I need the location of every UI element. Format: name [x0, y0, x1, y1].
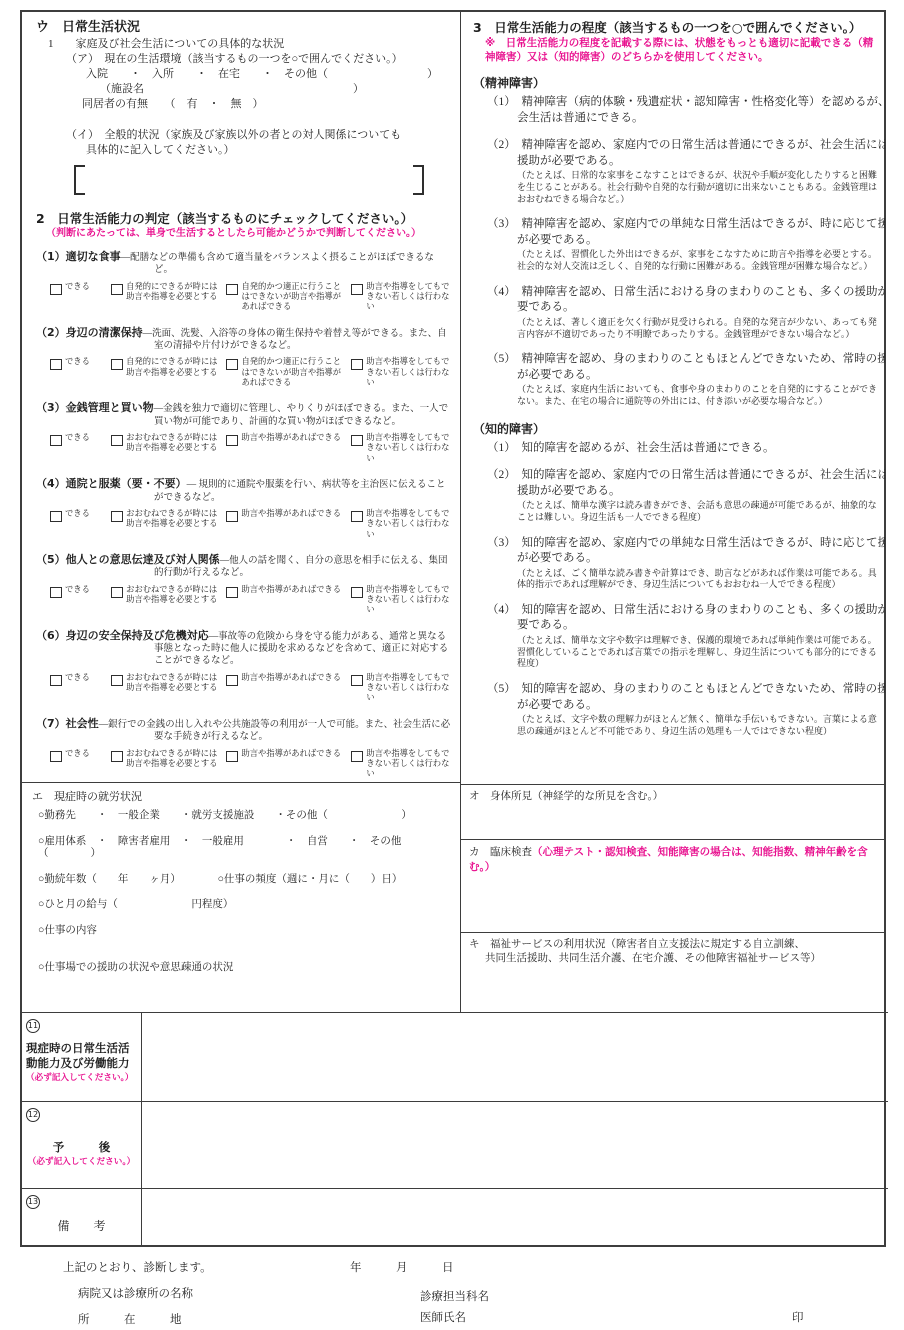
checkbox[interactable] [351, 587, 363, 598]
judgment-options-row: できるおおむねできるが時には助言や指導を必要とする助言や指導があればできる助言や… [36, 749, 452, 780]
checkbox[interactable] [351, 511, 363, 522]
judgment-option-label: おおむねできるが時には助言や指導を必要とする [126, 673, 219, 694]
judgment-item: （2）身辺の清潔保持―洗面、洗髪、入浴等の身体の衛生保持や着替え等ができる。また… [36, 326, 452, 389]
employment-field-line[interactable]: ○勤続年数（ 年 ヶ月） ○仕事の頻度（週に・月に（ ）日） [38, 874, 452, 887]
employment-field-line[interactable]: ○ひと月の給与（ 円程度） [38, 899, 452, 912]
checkbox[interactable] [111, 587, 123, 598]
employment-section: エ 現症時の就労状況 ○勤務先 ・ 一般企業 ・就労支援施設 ・その他（ ）○雇… [22, 782, 460, 1012]
judgment-option[interactable]: おおむねできるが時には助言や指導を必要とする [111, 585, 219, 606]
degree-option-text: （5） 精神障害を認め、身のまわりのこともほとんどできないため、常時の援助が必要… [487, 352, 885, 383]
judgment-option-label: できる [65, 585, 90, 595]
form-border: ウ 日常生活状況 1 家庭及び社会生活についての具体的な状況 （ア） 現在の生活… [20, 10, 886, 1247]
clinical-tests-title: カ 臨床検査 [469, 847, 532, 858]
judgment-item: （1）適切な食事―配膳などの準備も含めて適当量をバランスよく摂ることがほぼできる… [36, 250, 452, 313]
judgment-option[interactable]: できる [50, 749, 104, 762]
degree-option-example-note: （たとえば、家庭内生活においても、食事や身のまわりのことを自発的にすることができ… [517, 384, 877, 407]
judgment-option-label: 助言や指導があればできる [241, 673, 341, 683]
degree-option-example-note: （たとえば、ごく簡単な読み書きや計算はでき、助言などがあれば作業は可能である。具… [517, 568, 877, 591]
date-line[interactable]: 年 月 日 [350, 1259, 454, 1275]
judgment-option[interactable]: 自発的にできるが時には助言や指導を必要とする [111, 282, 219, 303]
degree-option-text: （4） 知的障害を認め、日常生活における身のまわりのことも、多くの援助が必要であ… [487, 603, 885, 634]
left-column: ウ 日常生活状況 1 家庭及び社会生活についての具体的な状況 （ア） 現在の生活… [22, 12, 460, 1012]
employment-heading: エ 現症時の就労状況 [32, 788, 452, 804]
judgment-item-description: （7）社会性―銀行での金銭の出し入れや公共施設等の利用が一人で可能。また、社会生… [36, 717, 452, 744]
degree-option[interactable]: （2） 精神障害を認め、家庭内での日常生活は普通にできるが、社会生活には、援助が… [487, 138, 877, 205]
judgment-option-label: 助言や指導をしてもできない若しくは行わない [366, 585, 452, 616]
physical-findings-label: オ 身体所見（神経学的な所見を含む。） [469, 790, 877, 804]
degree-option-text: （1） 精神障害（病的体験・残遺症状・認知障害・性格変化等）を認めるが、社会生活… [487, 95, 885, 126]
judgment-item-title: （1）適切な食事 [36, 250, 121, 263]
degree-option[interactable]: （2） 知的障害を認め、家庭内での日常生活は普通にできるが、社会生活には、援助が… [487, 468, 877, 523]
employment-lines: ○勤務先 ・ 一般企業 ・就労支援施設 ・その他（ ）○雇用体系 ・ 障害者雇用… [32, 810, 452, 974]
judgment-option[interactable]: 助言や指導をしてもできない若しくは行わない [351, 509, 452, 540]
degree-option[interactable]: （4） 精神障害を認め、日常生活における身のまわりのことも、多くの援助が必要であ… [487, 285, 877, 340]
checkbox[interactable] [111, 675, 123, 686]
welfare-services-label: キ 福祉サービスの利用状況（障害者自立支援法に規定する自立訓練、 共同生活援助、… [469, 938, 877, 966]
judgment-option-label: できる [65, 357, 90, 367]
degree-option-text: （3） 知的障害を認め、家庭内での単純な日常生活はできるが、時に応じて援助が必要… [487, 536, 885, 567]
checkbox[interactable] [111, 284, 123, 295]
judgment-option-label: 自発的かつ適正に行うことはできないが助言や指導があればできる [241, 282, 344, 313]
degree-option[interactable]: （3） 知的障害を認め、家庭内での単純な日常生活はできるが、時に応じて援助が必要… [487, 536, 877, 591]
judgment-option[interactable]: 助言や指導をしてもできない若しくは行わない [351, 433, 452, 464]
adl-work-capacity-pink-note: （必ず記入してください。） [26, 1073, 137, 1083]
right-bracket [413, 165, 424, 195]
judgment-option[interactable]: 助言や指導をしてもできない若しくは行わない [351, 673, 452, 704]
degree-option-text: （4） 精神障害を認め、日常生活における身のまわりのことも、多くの援助が必要であ… [487, 285, 885, 316]
judgment-option-label: できる [65, 433, 90, 443]
degree-option[interactable]: （5） 知的障害を認め、身のまわりのこともほとんどできないため、常時の援助が必要… [487, 682, 877, 737]
degree-section: 3 日常生活能力の程度（該当するもの一つを○で囲んでください。） ※ 日常生活能… [461, 12, 885, 737]
judgment-item: （3）金銭管理と買い物―金銭を独力で適切に管理し、やりくりがほぼできる。また、一… [36, 401, 452, 464]
degree-option-example-note: （たとえば、簡単な漢字は読み書きができ、会話も意思の疎通が可能であるが、抽象的な… [517, 500, 877, 523]
judgment-option[interactable]: 自発的かつ適正に行うことはできないが助言や指導があればできる [226, 282, 344, 313]
judgment-option[interactable]: 助言や指導をしてもできない若しくは行わない [351, 585, 452, 616]
degree-option-text: （3） 精神障害を認め、家庭内での単純な日常生活はできるが、時に応じて援助が必要… [487, 217, 885, 248]
judgment-item: （6）身辺の安全保持及び危機対応―事故等の危険から身を守る能力がある、通常と異な… [36, 629, 452, 704]
employment-field-line[interactable]: ○勤務先 ・ 一般企業 ・就労支援施設 ・その他（ ） [38, 810, 452, 823]
judgment-item-description: （2）身辺の清潔保持―洗面、洗髪、入浴等の身体の衛生保持や着替え等ができる。また… [36, 326, 452, 353]
judgment-option-label: できる [65, 749, 90, 759]
judgment-item-title: （7）社会性 [36, 717, 99, 730]
address-label[interactable]: 所 在 地 [78, 1311, 182, 1327]
judgment-option[interactable]: できる [50, 433, 104, 446]
judgment-item: （5）他人との意思伝達及び対人関係―他人の話を聞く、自分の意思を相手に伝える、集… [36, 553, 452, 616]
footer-signature-area: 上記のとおり、診断します。 年 月 日 病院又は診療所の名称 診療担当科名 所 … [0, 1247, 904, 1330]
judgment-option[interactable]: 助言や指導があればできる [226, 585, 344, 598]
judgment-options-row: できるおおむねできるが時には助言や指導を必要とする助言や指導があればできる助言や… [36, 585, 452, 616]
prognosis-row: 12 予 後 （必ず記入してください。） [22, 1101, 888, 1188]
judgment-option[interactable]: おおむねできるが時には助言や指導を必要とする [111, 673, 219, 694]
doctor-name-label[interactable]: 医師氏名 [420, 1309, 466, 1325]
welfare-services-line2: 共同生活援助、共同生活介護、在宅介護、その他障害福祉サービス等） [469, 953, 821, 964]
judgment-option-label: 助言や指導をしてもできない若しくは行わない [366, 749, 452, 780]
degree-option-text: （1） 知的障害を認めるが、社会生活は普通にできる。 [487, 441, 885, 457]
judgment-option-label: 助言や指導があればできる [241, 749, 341, 759]
judgment-option[interactable]: できる [50, 282, 104, 295]
judgment-option[interactable]: 助言や指導をしてもできない若しくは行わない [351, 357, 452, 388]
employment-field-line[interactable]: ○仕事場での援助の状況や意思疎通の状況 [38, 962, 452, 975]
judgment-option[interactable]: 助言や指導があればできる [226, 749, 344, 762]
judgment-option[interactable]: おおむねできるが時には助言や指導を必要とする [111, 433, 219, 454]
checkbox[interactable] [226, 675, 238, 686]
judgment-item-description: （4）通院と服薬（要・不要）― 規則的に通院や服薬を行い、病状等を主治医に伝える… [36, 477, 452, 504]
living-environment-label: （ア） 現在の生活環境（該当するもの一つを○で囲んでください。） [36, 53, 450, 66]
left-bracket [74, 165, 85, 195]
judgment-options-row: できるおおむねできるが時には助言や指導を必要とする助言や指導があればできる助言や… [36, 433, 452, 464]
judgment-option-label: 自発的にできるが時には助言や指導を必要とする [126, 282, 219, 303]
judgment-option-label: 助言や指導があればできる [241, 433, 341, 443]
judgment-option[interactable]: できる [50, 357, 104, 370]
judgment-option-label: 自発的かつ適正に行うことはできないが助言や指導があればできる [241, 357, 344, 388]
remarks-entry-area[interactable] [142, 1189, 888, 1246]
remarks-row: 13 備 考 [22, 1188, 888, 1246]
judgment-option[interactable]: 助言や指導があればできる [226, 433, 344, 446]
family-social-situation-label: 1 家庭及び社会生活についての具体的な状況 [36, 38, 450, 51]
checkbox[interactable] [351, 675, 363, 686]
judgment-option-label: 助言や指導をしてもできない若しくは行わない [366, 433, 452, 464]
employment-field-line[interactable]: ○仕事の内容 [38, 925, 452, 938]
mental-disability-list: （1） 精神障害（病的体験・残遺症状・認知障害・性格変化等）を認めるが、社会生活… [473, 95, 877, 407]
judgment-option-label: できる [65, 282, 90, 292]
judgment-option[interactable]: できる [50, 585, 104, 598]
checkbox[interactable] [226, 511, 238, 522]
checkbox[interactable] [351, 435, 363, 446]
judgment-section: 2 日常生活能力の判定（該当するものにチェックしてください。） （判断にあたって… [22, 201, 460, 780]
judgment-option-label: 助言や指導をしてもできない若しくは行わない [366, 282, 452, 313]
judgment-options-row: できるおおむねできるが時には助言や指導を必要とする助言や指導があればできる助言や… [36, 673, 452, 704]
judgment-option[interactable]: できる [50, 509, 104, 522]
checkbox[interactable] [50, 587, 62, 598]
judgment-option-label: 助言や指導をしてもできない若しくは行わない [366, 509, 452, 540]
judgment-item-description: （6）身辺の安全保持及び危機対応―事故等の危険から身を守る能力がある、通常と異な… [36, 629, 452, 668]
checkbox[interactable] [111, 359, 123, 370]
checkbox[interactable] [351, 284, 363, 295]
judgment-item-description: （3）金銭管理と買い物―金銭を独力で適切に管理し、やりくりがほぼできる。また、一… [36, 401, 452, 428]
prognosis-pink-note: （必ず記入してください。） [26, 1157, 137, 1167]
judgment-option-label: 助言や指導があればできる [241, 585, 341, 595]
judgment-option-label: 助言や指導があればできる [241, 509, 341, 519]
judgment-item-title: （4）通院と服薬（要・不要） [36, 477, 187, 490]
degree-option-text: （5） 知的障害を認め、身のまわりのこともほとんどできないため、常時の援助が必要… [487, 682, 885, 713]
degree-option[interactable]: （1） 精神障害（病的体験・残遺症状・認知障害・性格変化等）を認めるが、社会生活… [487, 95, 877, 126]
employment-field-line[interactable]: ○雇用体系 ・ 障害者雇用 ・ 一般雇用 ・ 自営 ・ その他（ ） [38, 836, 452, 861]
judgment-item: （4）通院と服薬（要・不要）― 規則的に通院や服薬を行い、病状等を主治医に伝える… [36, 477, 452, 540]
footer-declaration: 上記のとおり、診断します。 [63, 1259, 212, 1275]
judgment-options-row: できるおおむねできるが時には助言や指導を必要とする助言や指導があればできる助言や… [36, 509, 452, 540]
judgment-items-list: （1）適切な食事―配膳などの準備も含めて適当量をバランスよく摂ることがほぼできる… [36, 250, 452, 780]
judgment-option-label: おおむねできるが時には助言や指導を必要とする [126, 509, 219, 530]
judgment-option-label: できる [65, 673, 90, 683]
degree-option-example-note: （たとえば、日常的な家事をこなすことはできるが、状況や手順が変化したりすると困難… [517, 170, 877, 205]
judgment-option-label: 助言や指導をしてもできない若しくは行わない [366, 673, 452, 704]
judgment-option[interactable]: できる [50, 673, 104, 686]
checkbox[interactable] [111, 435, 123, 446]
checkbox[interactable] [50, 751, 62, 762]
checkbox[interactable] [351, 751, 363, 762]
judgment-option[interactable]: 自発的かつ適正に行うことはできないが助言や指導があればできる [226, 357, 344, 388]
degree-option-example-note: （たとえば、習慣化した外出はできるが、家事をこなすために助言や指導を必要とする。… [517, 249, 877, 272]
judgment-options-row: できる自発的にできるが時には助言や指導を必要とする自発的かつ適正に行うことはでき… [36, 357, 452, 388]
intellectual-disability-list: （1） 知的障害を認めるが、社会生活は普通にできる。（2） 知的障害を認め、家庭… [473, 441, 877, 738]
prognosis-label-cell: 12 予 後 （必ず記入してください。） [22, 1102, 142, 1188]
judgment-option[interactable]: 助言や指導をしてもできない若しくは行わない [351, 282, 452, 313]
checkbox[interactable] [50, 359, 62, 370]
adl-work-capacity-entry-area[interactable] [142, 1013, 888, 1101]
judgment-option[interactable]: 助言や指導をしてもできない若しくは行わない [351, 749, 452, 780]
degree-option-example-note: （たとえば、文字や数の理解力がほとんど無く、簡単な手伝いもできない。言葉による意… [517, 714, 877, 737]
degree-option[interactable]: （4） 知的障害を認め、日常生活における身のまわりのことも、多くの援助が必要であ… [487, 603, 877, 670]
judgment-option-label: 自発的にできるが時には助言や指導を必要とする [126, 357, 219, 378]
checkbox[interactable] [226, 435, 238, 446]
medical-certificate-form-page: ウ 日常生活状況 1 家庭及び社会生活についての具体的な状況 （ア） 現在の生活… [0, 0, 904, 1330]
judgment-item-title: （6）身辺の安全保持及び危機対応 [36, 629, 209, 642]
checkbox[interactable] [50, 284, 62, 295]
judgment-option-label: おおむねできるが時には助言や指導を必要とする [126, 749, 219, 770]
judgment-item-desc-text: ― 規則的に通院や服薬を行い、病状等を主治医に伝えることができるなど。 [154, 480, 446, 502]
judgment-pink-note: （判断にあたっては、単身で生活するとしたら可能かどうかで判断してください。） [46, 228, 452, 240]
degree-pink-note: ※ 日常生活能力の程度を記載する際には、状態をもっとも適切に記載できる（精神障害… [485, 37, 875, 64]
judgment-option[interactable]: 助言や指導があればできる [226, 509, 344, 522]
judgment-item-desc-text: ―銀行での金銭の出し入れや公共施設等の利用が一人で可能。また、社会生活に必要な手… [99, 720, 451, 742]
judgment-item-title: （3）金銭管理と買い物 [36, 401, 154, 414]
degree-option-example-note: （たとえば、簡単な文字や数字は理解でき、保護的環境であれば単純作業は可能である。… [517, 635, 877, 670]
adl-work-capacity-label: 現症時の日常生活活動能力及び労働能力 [26, 1041, 137, 1071]
cohabitant-options[interactable]: 同居者の有無 （ 有 ・ 無 ） [36, 98, 450, 111]
remarks-label: 備 考 [26, 1219, 137, 1235]
judgment-item-desc-text: ―洗面、洗髪、入浴等の身体の衛生保持や着替え等ができる。また、自室の清掃や片付け… [143, 329, 447, 351]
checkbox[interactable] [226, 751, 238, 762]
judgment-item-title: （5）他人との意思伝達及び対人関係 [36, 553, 220, 566]
degree-option-text: （2） 精神障害を認め、家庭内での日常生活は普通にできるが、社会生活には、援助が… [487, 138, 885, 169]
judgment-item-description: （1）適切な食事―配膳などの準備も含めて適当量をバランスよく摂ることがほぼできる… [36, 250, 452, 277]
checkbox[interactable] [226, 284, 238, 295]
daily-life-section: ウ 日常生活状況 1 家庭及び社会生活についての具体的な状況 （ア） 現在の生活… [22, 12, 460, 195]
right-column: 3 日常生活能力の程度（該当するもの一つを○で囲んでください。） ※ 日常生活能… [460, 12, 885, 1012]
judgment-option[interactable]: おおむねできるが時には助言や指導を必要とする [111, 509, 219, 530]
hospital-name-label[interactable]: 病院又は診療所の名称 [78, 1285, 193, 1301]
adl-work-capacity-row: 11 現症時の日常生活活動能力及び労働能力 （必ず記入してください。） [22, 1013, 888, 1101]
judgment-option-label: おおむねできるが時には助言や指導を必要とする [126, 433, 219, 454]
degree-option[interactable]: （5） 精神障害を認め、身のまわりのこともほとんどできないため、常時の援助が必要… [487, 352, 877, 407]
judgment-heading: 2 日常生活能力の判定（該当するものにチェックしてください。） [36, 211, 452, 226]
row-number-badge: 13 [26, 1195, 40, 1209]
checkbox[interactable] [226, 359, 238, 370]
welfare-services-box[interactable]: キ 福祉サービスの利用状況（障害者自立支援法に規定する自立訓練、 共同生活援助、… [461, 932, 885, 1012]
intellectual-disability-heading: （知的障害） [473, 420, 877, 437]
row-number-badge: 11 [26, 1019, 40, 1033]
checkbox[interactable] [50, 675, 62, 686]
daily-life-heading: ウ 日常生活状況 [36, 20, 450, 36]
general-situation-label-1: （イ） 全般的状況（家族及び家族以外の者との対人関係についても [36, 129, 450, 142]
general-situation-entry-area[interactable] [74, 165, 424, 195]
checkbox[interactable] [50, 511, 62, 522]
checkbox[interactable] [50, 435, 62, 446]
checkbox[interactable] [226, 587, 238, 598]
judgment-item-description: （5）他人との意思伝達及び対人関係―他人の話を聞く、自分の意思を相手に伝える、集… [36, 553, 452, 580]
prognosis-entry-area[interactable] [142, 1102, 888, 1188]
living-environment-options[interactable]: 入院 ・ 入所 ・ 在宅 ・ その他（ ） [36, 68, 450, 81]
seal-label: 印 [792, 1309, 804, 1325]
facility-name-field[interactable]: （施設名 ） [36, 83, 450, 96]
judgment-option[interactable]: 自発的にできるが時には助言や指導を必要とする [111, 357, 219, 378]
judgment-option[interactable]: おおむねできるが時には助言や指導を必要とする [111, 749, 219, 770]
clinical-tests-box[interactable]: カ 臨床検査（心理テスト・認知検査、知能障害の場合は、知能指数、精神年齢を含む。… [461, 839, 885, 932]
judgment-item-title: （2）身辺の清潔保持 [36, 326, 143, 339]
judgment-option-label: 助言や指導をしてもできない若しくは行わない [366, 357, 452, 388]
welfare-services-line1: キ 福祉サービスの利用状況（障害者自立支援法に規定する自立訓練、 [469, 939, 805, 950]
checkbox[interactable] [351, 359, 363, 370]
bottom-table: 11 現症時の日常生活活動能力及び労働能力 （必ず記入してください。） 12 予… [22, 1012, 888, 1246]
department-label[interactable]: 診療担当科名 [420, 1288, 489, 1304]
adl-work-capacity-label-cell: 11 現症時の日常生活活動能力及び労働能力 （必ず記入してください。） [22, 1013, 142, 1101]
degree-option-text: （2） 知的障害を認め、家庭内での日常生活は普通にできるが、社会生活には、援助が… [487, 468, 885, 499]
judgment-options-row: できる自発的にできるが時には助言や指導を必要とする自発的かつ適正に行うことはでき… [36, 282, 452, 313]
checkbox[interactable] [111, 751, 123, 762]
degree-option[interactable]: （3） 精神障害を認め、家庭内での単純な日常生活はできるが、時に応じて援助が必要… [487, 217, 877, 272]
degree-option[interactable]: （1） 知的障害を認めるが、社会生活は普通にできる。 [487, 441, 877, 457]
judgment-item-desc-text: ―金銭を独力で適切に管理し、やりくりがほぼできる。また、一人で買い物が可能であり… [154, 404, 449, 426]
judgment-item-desc-text: ―配膳などの準備も含めて適当量をバランスよく摂ることがほぼできるなど。 [121, 253, 434, 275]
mental-disability-heading: （精神障害） [473, 74, 877, 91]
general-situation-label-2: 具体的に記入してください。） [36, 144, 450, 157]
row-number-badge: 12 [26, 1108, 40, 1122]
judgment-option[interactable]: 助言や指導があればできる [226, 673, 344, 686]
clinical-tests-label: カ 臨床検査（心理テスト・認知検査、知能障害の場合は、知能指数、精神年齢を含む。… [469, 845, 877, 875]
degree-heading: 3 日常生活能力の程度（該当するもの一つを○で囲んでください。） [473, 20, 877, 35]
judgment-option-label: おおむねできるが時には助言や指導を必要とする [126, 585, 219, 606]
remarks-label-cell: 13 備 考 [22, 1189, 142, 1246]
judgment-item: （7）社会性―銀行での金銭の出し入れや公共施設等の利用が一人で可能。また、社会生… [36, 717, 452, 780]
physical-findings-box[interactable]: オ 身体所見（神経学的な所見を含む。） [461, 784, 885, 839]
checkbox[interactable] [111, 511, 123, 522]
prognosis-label: 予 後 [26, 1140, 137, 1155]
degree-option-example-note: （たとえば、著しく適正を欠く行動が見受けられる。自発的な発言が少ない、あっても発… [517, 317, 877, 340]
judgment-option-label: できる [65, 509, 90, 519]
